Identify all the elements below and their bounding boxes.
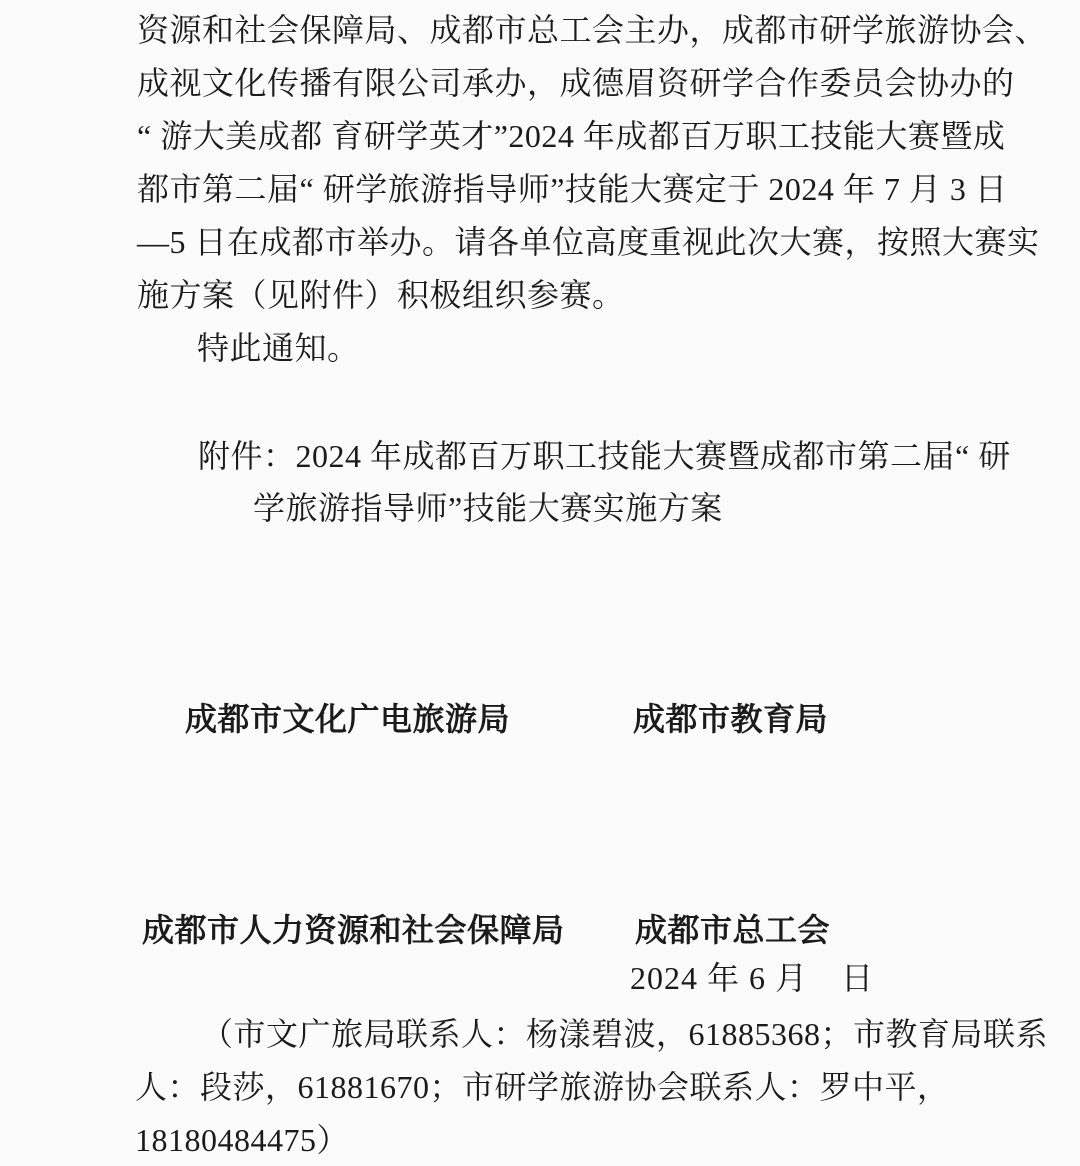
signature-row-2: 成都市人力资源和社会保障局 成都市总工会: [0, 905, 1080, 945]
body-line-5: —5 日在成都市举办。请各单位高度重视此次大赛，按照大赛实: [137, 216, 947, 269]
body-line-3: “ 游大美成都 育研学英才”2024 年成都百万职工技能大赛暨成: [137, 110, 947, 163]
body-line-4: 都市第二届“ 研学旅游指导师”技能大赛定于 2024 年 7 月 3 日: [137, 163, 947, 216]
attachment-block: 附件：2024 年成都百万职工技能大赛暨成都市第二届“ 研 学旅游指导师”技能大…: [198, 430, 958, 534]
body-line-1: 资源和社会保障局、成都市总工会主办，成都市研学旅游协会、: [137, 4, 947, 57]
attachment-line-2: 学旅游指导师”技能大赛实施方案: [198, 482, 958, 534]
document-date: 2024 年 6 月 日: [630, 953, 874, 999]
signature-row-1: 成都市文化广电旅游局 成都市教育局: [0, 694, 1080, 734]
body-line-2: 成视文化传播有限公司承办，成德眉资研学合作委员会协办的: [137, 57, 947, 110]
contact-block: （市文广旅局联系人：杨漾碧波，61885368；市教育局联系 人：段莎，6188…: [135, 1008, 950, 1166]
signature-agency-education: 成都市教育局: [633, 694, 828, 740]
signature-agency-culture-tourism: 成都市文化广电旅游局: [185, 694, 510, 740]
contact-line-1: （市文广旅局联系人：杨漾碧波，61885368；市教育局联系: [135, 1008, 950, 1061]
attachment-line-1: 附件：2024 年成都百万职工技能大赛暨成都市第二届“ 研: [198, 430, 958, 482]
signature-agency-labor-union: 成都市总工会: [635, 905, 830, 951]
document-page: 资源和社会保障局、成都市总工会主办，成都市研学旅游协会、 成视文化传播有限公司承…: [0, 0, 1080, 1166]
body-paragraph: 资源和社会保障局、成都市总工会主办，成都市研学旅游协会、 成视文化传播有限公司承…: [137, 4, 947, 375]
body-line-6: 施方案（见附件）积极组织参赛。: [137, 269, 947, 322]
contact-line-3: 18180484475）: [135, 1114, 950, 1166]
contact-line-2: 人：段莎，61881670；市研学旅游协会联系人：罗中平，: [135, 1061, 950, 1114]
closing-line: 特此通知。: [137, 322, 947, 375]
signature-agency-human-resources: 成都市人力资源和社会保障局: [142, 905, 565, 951]
